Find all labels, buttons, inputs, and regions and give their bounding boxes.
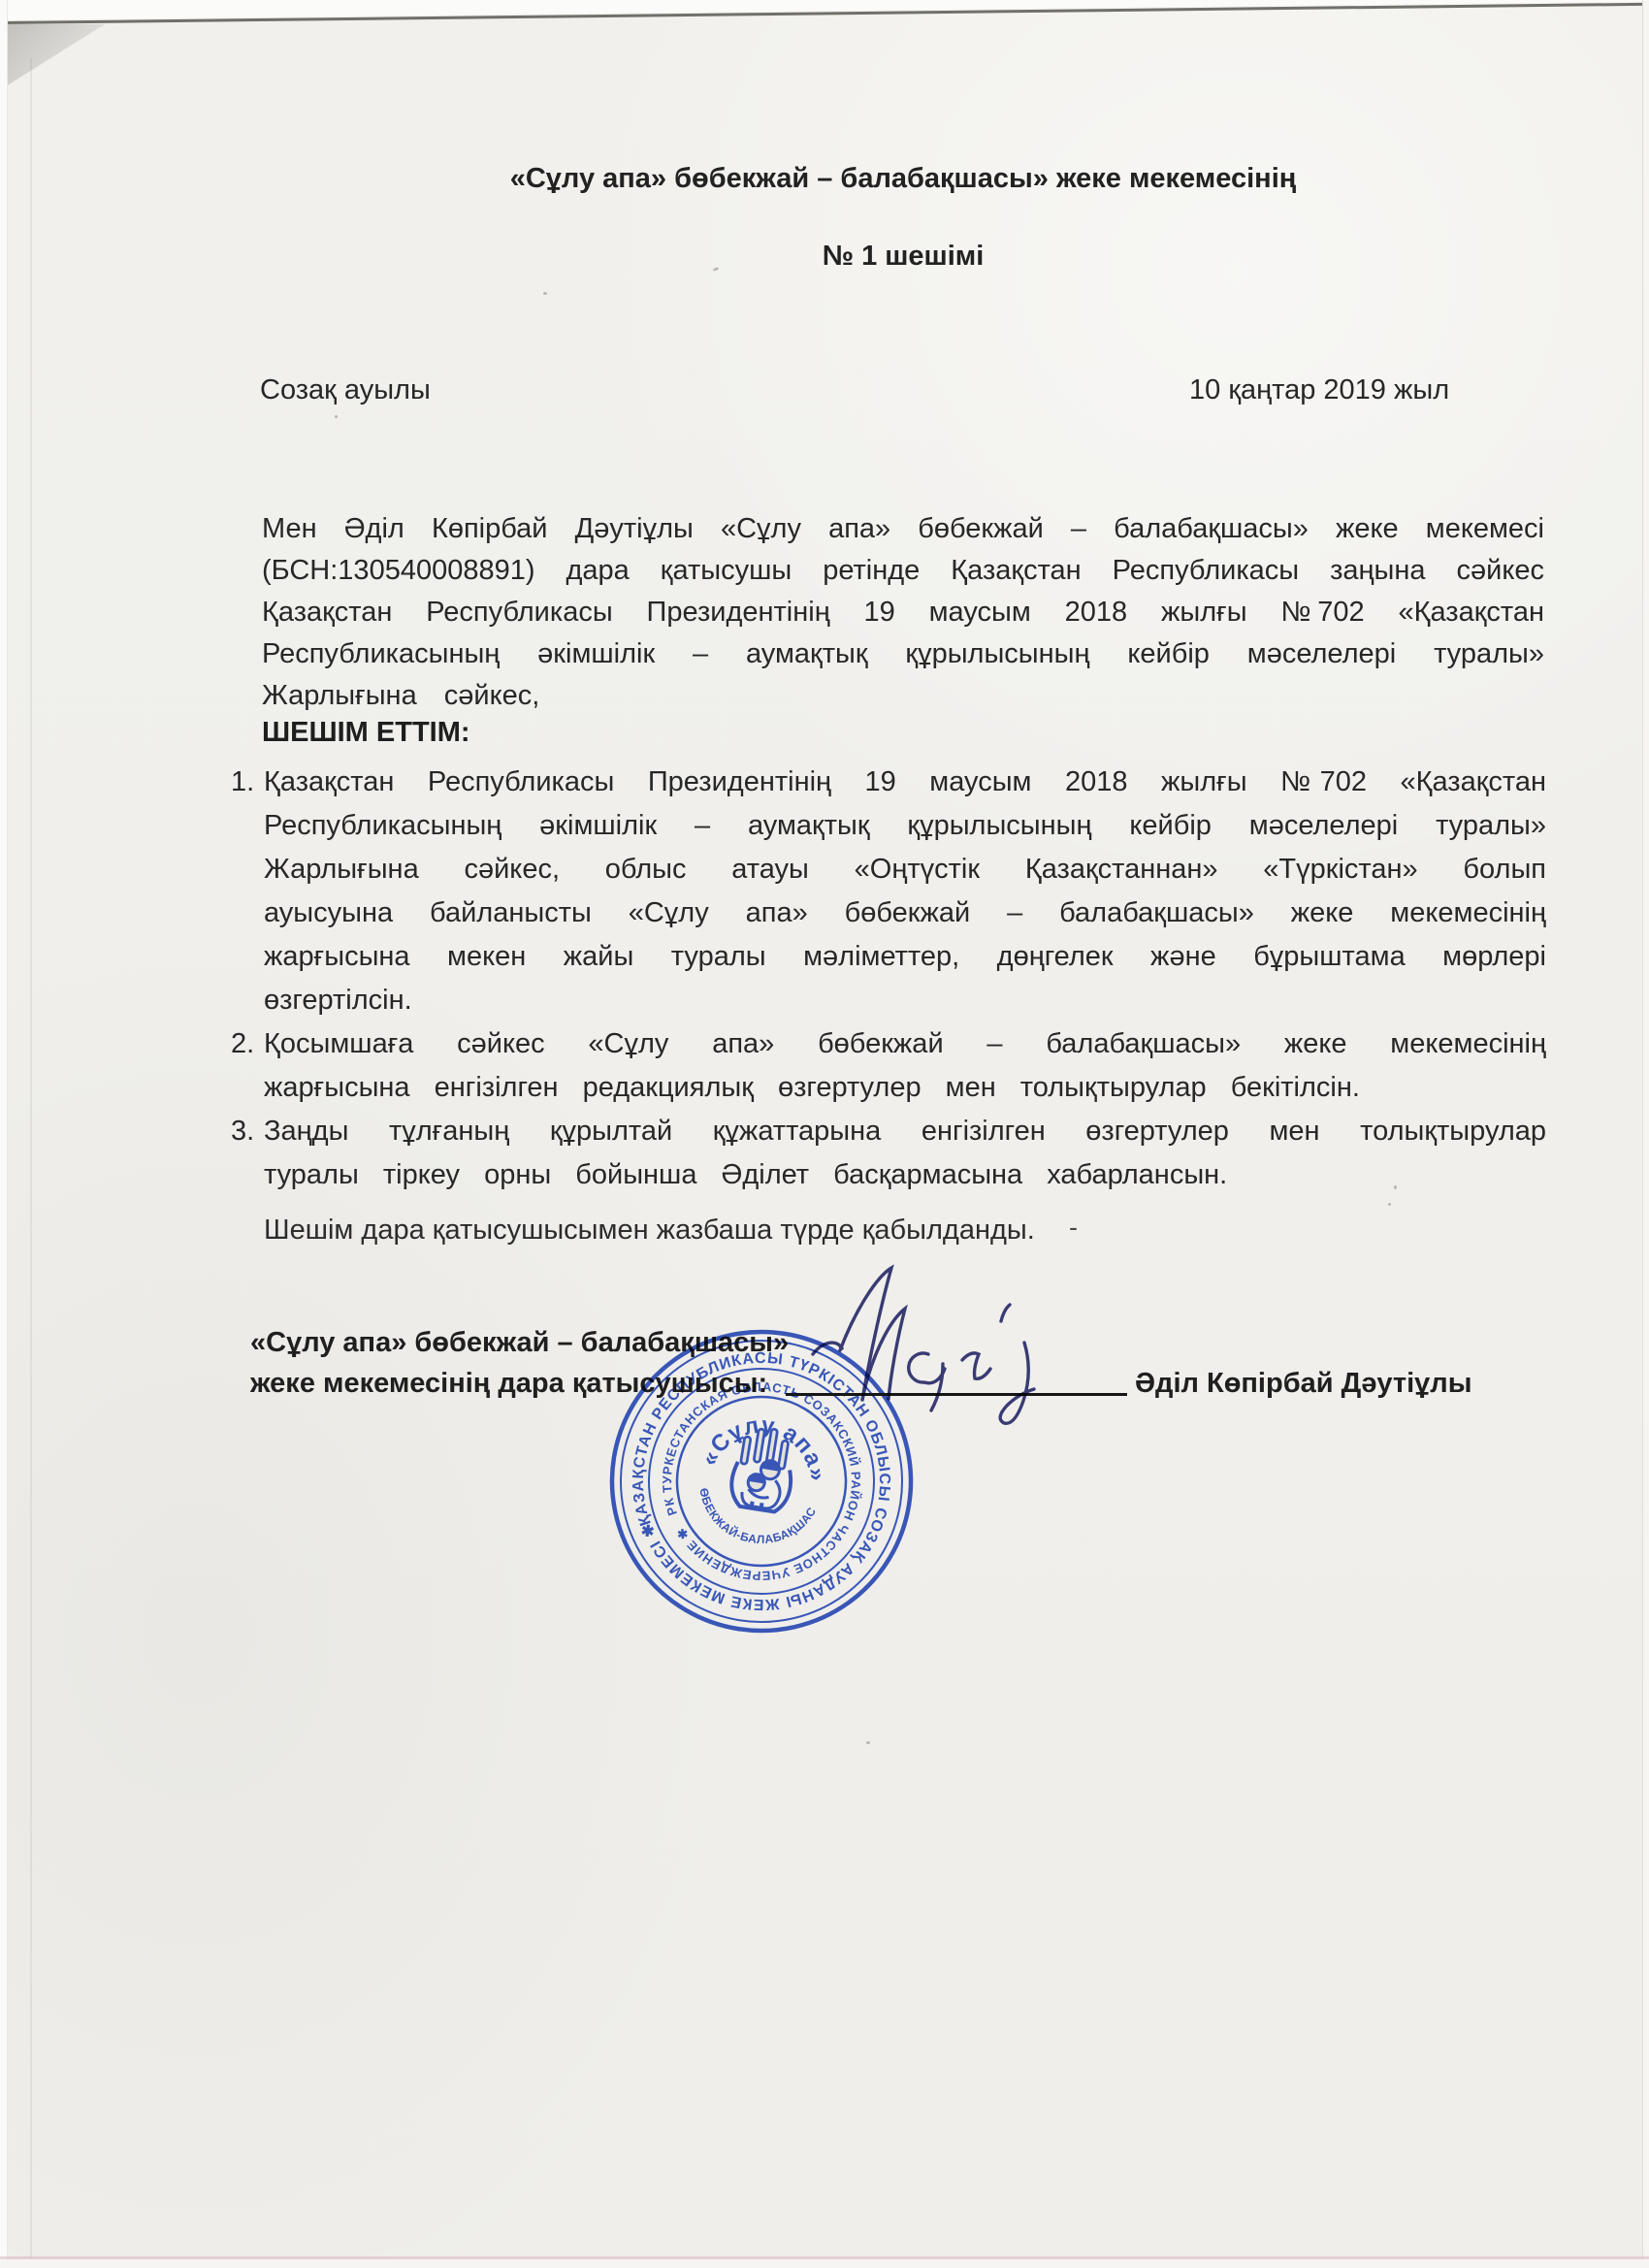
list-item-text: Қазақстан Республикасы Президентінің 19 …	[264, 761, 1546, 1022]
scan-speck	[1388, 1203, 1391, 1206]
resolution-list: 1. Қазақстан Республикасы Президентінің …	[231, 761, 1546, 1197]
list-item-number: 2.	[231, 1022, 264, 1066]
stray-dash-mark: -	[1069, 1213, 1078, 1243]
signature-stroke	[1000, 1343, 1034, 1423]
paper-left-edge-line	[30, 58, 32, 2268]
list-item-number: 3.	[231, 1110, 264, 1153]
signatory-name: Әділ Көпірбай Дәутіұлы	[1135, 1368, 1471, 1400]
list-item-text: Заңды тұлғаның құрылтай құжаттарына енгі…	[264, 1110, 1546, 1197]
document-number-title: № 1 шешімі	[157, 241, 1649, 273]
scanned-document-page: «Сұлу апа» бөбекжай – балабақшасы» жеке …	[0, 0, 1649, 2268]
list-item-number: 1.	[231, 761, 264, 804]
document-title: «Сұлу апа» бөбекжай – балабақшасы» жеке …	[157, 163, 1649, 195]
scan-speck	[866, 1741, 870, 1744]
list-item-text: Қосымшаға сәйкес «Сұлу апа» бөбекжай – б…	[264, 1022, 1546, 1110]
signature-stroke	[962, 1353, 990, 1378]
signature-stroke	[909, 1353, 945, 1383]
scan-speck	[543, 292, 547, 295]
scanner-left-edge	[0, 0, 8, 2268]
resolution-keyword: ШЕШІМ ЕТТІМ:	[262, 717, 470, 749]
signature-stroke	[813, 1343, 842, 1354]
folded-corner-artifact	[6, 24, 105, 86]
signature-apostrophe-stroke	[1001, 1305, 1010, 1321]
place-label: Созақ ауылы	[260, 374, 431, 406]
date-label: 10 қаңтар 2019 жыл	[1189, 374, 1449, 406]
list-item: 3. Заңды тұлғаның құрылтай құжаттарына е…	[231, 1110, 1546, 1197]
scanner-bottom-edge	[0, 2259, 1649, 2268]
scan-speck	[335, 415, 338, 418]
scanner-top-edge	[0, 0, 1649, 20]
handwritten-signature	[795, 1242, 1106, 1450]
preamble-paragraph: Мен Әділ Көпірбай Дәутіұлы «Сұлу апа» бө…	[262, 508, 1544, 717]
list-item: 1. Қазақстан Республикасы Президентінің …	[231, 761, 1546, 1022]
scanner-right-edge	[1642, 0, 1649, 2268]
signature-stroke	[931, 1364, 943, 1410]
signature-stroke	[862, 1309, 905, 1400]
list-item: 2. Қосымшаға сәйкес «Сұлу апа» бөбекжай …	[231, 1022, 1546, 1110]
